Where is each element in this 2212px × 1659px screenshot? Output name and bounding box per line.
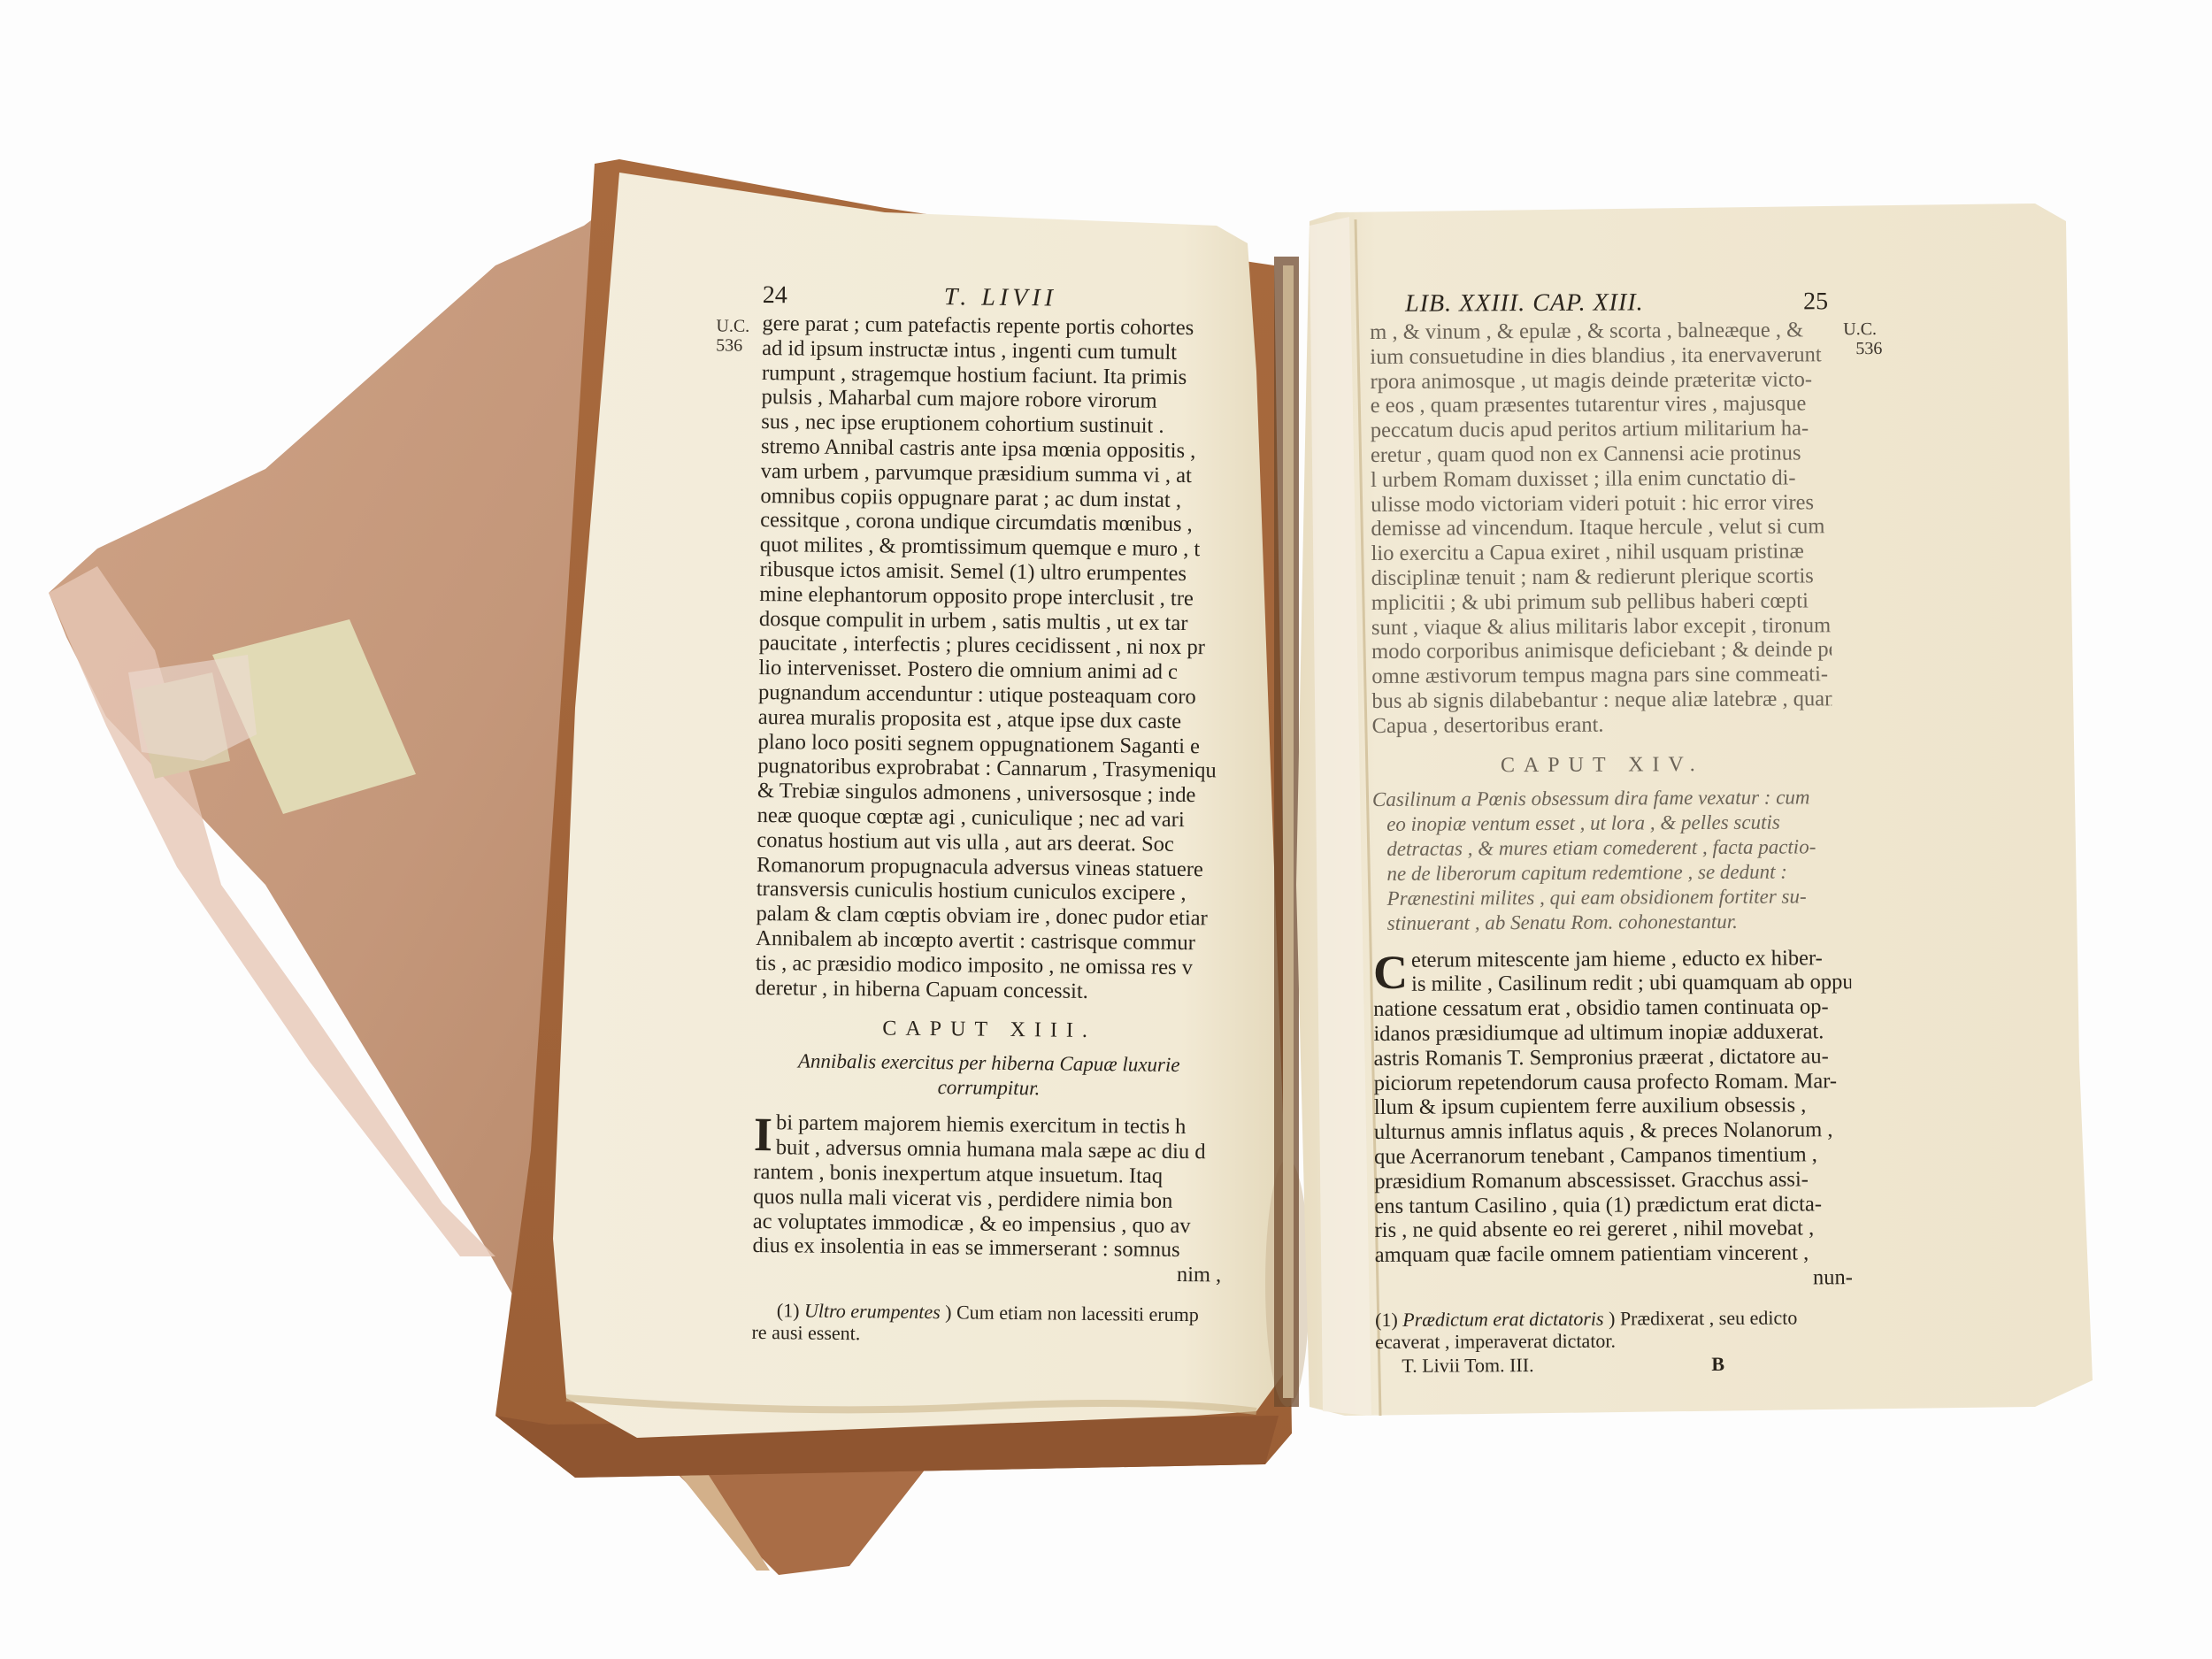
text-line: demisse ad vincendum. Itaque hercule , v…	[1371, 515, 1831, 542]
left-dropcap: I	[754, 1114, 772, 1155]
margin-uc: U.C.	[716, 316, 749, 335]
text-line: deretur , in hiberna Capuam concessit.	[755, 975, 1224, 1004]
left-body-text: gere parat ; cum patefactis repente port…	[755, 311, 1231, 1005]
text-line: que Acerranorum tenebant , Campanos time…	[1374, 1142, 1852, 1170]
summary-line: ne de liberorum capitum redemtione , se …	[1372, 859, 1832, 887]
right-footnote: (1) Prædictum erat dictatoris ) Prædixer…	[1375, 1306, 1879, 1353]
text-line: præsidium Romanum abscessisset. Gracchus…	[1374, 1167, 1852, 1194]
text-line: idanos præsidiumque ad ultimum inopiæ ad…	[1373, 1019, 1851, 1047]
text-line: mplicitii ; & ubi primum sub pellibus ha…	[1371, 588, 1832, 616]
text-line: modo corporibus animisque deficiebant ; …	[1371, 638, 1832, 665]
text-line: disciplinæ tenuit ; nam & redierunt pler…	[1371, 564, 1832, 591]
text-line: eretur , quam quod non ex Cannensi acie …	[1371, 441, 1831, 468]
summary-line: eo inopiæ ventum esset , ut lora , & pel…	[1372, 810, 1832, 837]
right-running-head: LIB. XXIII. CAP. XIII. 25	[1370, 288, 1874, 320]
left-chapter-text: I bi partem majorem hiemis exercitum in …	[752, 1110, 1223, 1287]
margin-year: 536	[716, 335, 749, 355]
text-line: ris , ne quid absente eo rei gereret , n…	[1374, 1216, 1852, 1243]
text-line: sunt , viaque & alius militaris labor ex…	[1371, 613, 1832, 641]
text-line: dius ex insolentia in eas se immerserant…	[752, 1233, 1221, 1263]
text-line: rpora animosque , ut magis deinde præter…	[1370, 367, 1830, 395]
summary-line: corrumpitur.	[754, 1073, 1223, 1103]
text-line: peccatum ducis apud peritos artium milit…	[1371, 416, 1831, 443]
summary-line: detractas , & mures etiam comederent , f…	[1372, 834, 1832, 862]
left-footnote: (1) Ultro erumpentes ) Cum etiam non lac…	[751, 1299, 1220, 1348]
footnote-text: ) Cum etiam non lacessiti erump	[945, 1301, 1199, 1325]
right-page: LIB. XXIII. CAP. XIII. 25 U.C. 536 m , &…	[1370, 288, 1879, 1379]
signature-volume: T. Livii Tom. III.	[1402, 1354, 1533, 1378]
text-line: lio exercitu a Capua exiret , nihil usqu…	[1371, 539, 1831, 566]
left-chapter-summary: Annibalis exercitus per hiberna Capuæ lu…	[754, 1048, 1224, 1103]
text-line: Capua , desertoribus erant.	[1372, 711, 1832, 739]
text-line: llum & ipsum cupientem ferre auxilium ob…	[1374, 1093, 1852, 1120]
summary-line: stinuerant , ab Senatu Rom. cohonestantu…	[1373, 909, 1833, 936]
text-line: bus ab signis dilabebantur : neque aliæ …	[1371, 687, 1832, 714]
text-line: ens tantum Casilino , quia (1) prædictum…	[1374, 1192, 1852, 1219]
text-line: ium consuetudine in dies blandius , ita …	[1370, 342, 1830, 370]
text-line: ulisse modo victoriam videri potuit : hi…	[1371, 490, 1831, 518]
text-line: ulturnus amnis inflatus aquis , & preces…	[1374, 1118, 1852, 1145]
book-spine	[1274, 257, 1299, 1407]
footnote-text: ) Prædixerat , seu edicto	[1609, 1306, 1797, 1329]
right-running-title: LIB. XXIII. CAP. XIII.	[1405, 288, 1644, 318]
text-line: is milite , Casilinum redit ; ubi quamqu…	[1373, 971, 1851, 998]
right-dropcap: C	[1373, 951, 1408, 992]
summary-line: Casilinum a Pœnis obsessum dira fame vex…	[1372, 785, 1832, 812]
footnote-marker: (1)	[777, 1299, 800, 1321]
left-running-title: T. LIVII	[944, 283, 1057, 312]
margin-year: 536	[1843, 339, 1882, 358]
left-margin-note: U.C. 536	[716, 316, 749, 355]
right-chapter-heading: CAPUT XIV.	[1372, 752, 1832, 779]
left-page: 24 T. LIVII U.C. 536 gere parat ; cum pa…	[751, 281, 1232, 1348]
text-line: eterum mitescente jam hieme , educto ex …	[1373, 946, 1851, 973]
footnote-lemma: Prædictum erat dictatoris	[1402, 1307, 1603, 1330]
margin-uc: U.C.	[1843, 319, 1882, 339]
summary-line: Prænestini milites , qui eam obsidionem …	[1373, 884, 1833, 911]
text-line: omne æstivorum tempus magna pars sine co…	[1371, 662, 1832, 689]
signature-mark: B	[1711, 1353, 1724, 1376]
text-line: piciorum repetendorum causa profecto Rom…	[1374, 1069, 1852, 1096]
footnote-continuation: ecaverat , imperaverat dictator.	[1375, 1328, 1879, 1353]
right-margin-note: U.C. 536	[1843, 319, 1882, 358]
right-page-number: 25	[1803, 288, 1828, 316]
right-body-text: m , & vinum , & epulæ , & scorta , balne…	[1370, 318, 1832, 738]
left-chapter-heading: CAPUT XIII.	[755, 1016, 1224, 1045]
text-line: amquam quæ facile omnem patientiam vince…	[1375, 1240, 1853, 1268]
text-line: nun-	[1375, 1265, 1853, 1293]
text-line: astris Romanis T. Sempronius præerat , d…	[1373, 1044, 1851, 1071]
right-chapter-text: 19 C eterum mitescente jam hieme , educt…	[1373, 946, 1853, 1293]
right-chapter-summary: Casilinum a Pœnis obsessum dira fame vex…	[1372, 785, 1833, 936]
footnote-marker: (1)	[1375, 1309, 1398, 1331]
text-line: e eos , quam præsentes tutarentur vires …	[1371, 392, 1831, 419]
signature-line: T. Livii Tom. III. B	[1375, 1352, 1879, 1379]
text-line: natione cessatum erat , obsidio tamen co…	[1373, 995, 1851, 1022]
footnote-lemma: Ultro erumpentes	[804, 1299, 941, 1323]
left-running-head: 24 T. LIVII	[763, 281, 1232, 317]
summary-line: Annibalis exercitus per hiberna Capuæ lu…	[755, 1048, 1224, 1079]
text-line: l urbem Romam duxisset ; illa enim cunct…	[1371, 465, 1831, 493]
text-line: m , & vinum , & epulæ , & scorta , balne…	[1370, 318, 1830, 345]
text-line: nim ,	[752, 1258, 1221, 1287]
left-page-number: 24	[763, 281, 787, 310]
